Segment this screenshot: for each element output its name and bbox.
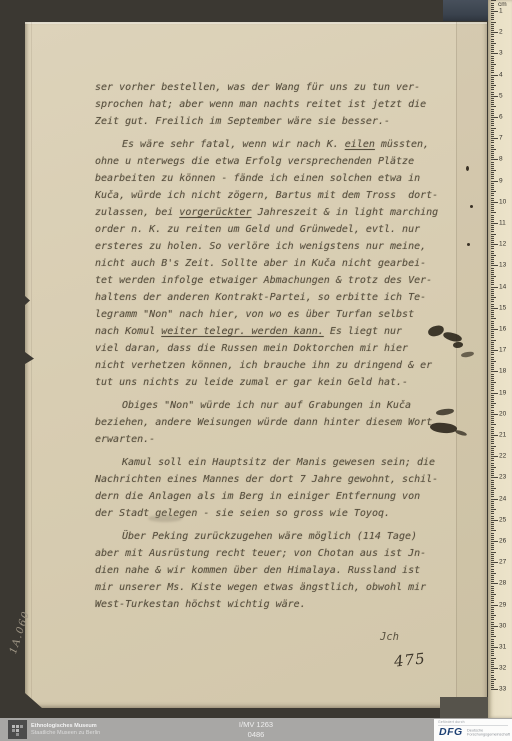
ruler-tick [491, 219, 494, 220]
ruler-tick [491, 9, 494, 10]
ruler-tick [491, 677, 494, 678]
ruler-tick [491, 115, 494, 116]
ruler-tick [491, 384, 494, 385]
letter-line: aber mit Ausrüstung recht teuer; von Cho… [95, 545, 445, 562]
ruler-tick [491, 111, 494, 112]
ruler-tick [491, 429, 494, 430]
ruler-tick [491, 441, 494, 442]
ruler-tick [491, 615, 496, 616]
ruler-tick [491, 511, 494, 512]
ruler-tick [491, 484, 494, 485]
ruler-tick [491, 248, 494, 249]
backing-board-corner [440, 697, 488, 718]
ruler-tick [491, 552, 496, 553]
letter-line: haltens der anderen Kontrakt-Partei, so … [95, 289, 445, 306]
ruler-tick [491, 166, 494, 167]
ruler-tick [491, 164, 494, 165]
ruler-tick [491, 306, 494, 307]
ruler-tick [491, 662, 494, 663]
ruler-tick [491, 545, 494, 546]
ruler-tick [491, 647, 498, 648]
ruler-tick [491, 418, 494, 419]
ruler-tick [491, 575, 494, 576]
letter-line: bearbeiten zu können - fände ich einen s… [95, 170, 445, 187]
ruler-tick [491, 231, 494, 232]
ruler-tick [491, 187, 494, 188]
ruler-tick [491, 577, 494, 578]
ruler-tick [491, 321, 494, 322]
ruler-tick [491, 643, 494, 644]
ruler-tick [491, 668, 498, 669]
ruler-tick [491, 456, 498, 457]
ruler-tick [491, 352, 494, 353]
ruler-tick [491, 331, 494, 332]
ruler-tick [491, 240, 494, 241]
ruler-tick [491, 556, 494, 557]
ruler-tick [491, 439, 494, 440]
ruler-tick [491, 596, 494, 597]
ruler-tick [491, 630, 494, 631]
ruler-tick [491, 458, 494, 459]
ruler-tick [491, 68, 494, 69]
ruler-tick [491, 244, 498, 245]
ruler-tick [491, 77, 494, 78]
ruler-tick [491, 75, 498, 76]
ruler-number: 1 [499, 8, 503, 15]
ruler-tick [491, 132, 494, 133]
ruler-tick [491, 89, 494, 90]
ruler-tick [491, 98, 494, 99]
ruler-tick [491, 420, 494, 421]
ruler-tick [491, 558, 494, 559]
letter-line: Kamul soll ein Hauptsitz der Manis gewes… [95, 454, 445, 471]
ruler-tick [491, 687, 494, 688]
ruler-tick [491, 509, 496, 510]
ruler-tick [491, 590, 494, 591]
ruler-number: 13 [499, 262, 506, 269]
ruler-tick [491, 431, 494, 432]
ruler-tick [491, 390, 494, 391]
letter-paragraph: Es wäre sehr fatal, wenn wir nach K. eil… [95, 136, 445, 391]
paper-left-edge-line [31, 22, 32, 708]
ruler-tick [491, 39, 494, 40]
ruler-number: 27 [499, 559, 506, 566]
ruler-tick [491, 443, 494, 444]
ruler-tick [491, 140, 494, 141]
letter-line: erwarten.- [95, 431, 445, 448]
ruler-tick [491, 660, 494, 661]
ruler-tick [491, 183, 494, 184]
ruler-number: 7 [499, 135, 503, 142]
ruler-tick [491, 41, 494, 42]
ruler-tick [491, 7, 494, 8]
ruler-tick [491, 469, 494, 470]
ruler-tick [491, 284, 494, 285]
ruler-tick [491, 388, 494, 389]
letter-line: nicht verhetzen können, ich brauche ihn … [95, 357, 445, 374]
ruler-tick [491, 327, 494, 328]
ruler-tick [491, 600, 494, 601]
ruler-tick [491, 159, 498, 160]
ruler-number: 19 [499, 389, 506, 396]
ruler-tick [491, 153, 494, 154]
ruler-tick [491, 70, 494, 71]
ruler-tick [491, 634, 494, 635]
ruler-tick [491, 299, 494, 300]
ruler-tick [491, 365, 494, 366]
ruler-tick [491, 134, 494, 135]
ruler-tick [491, 649, 494, 650]
ruler-tick [491, 83, 494, 84]
ruler-tick [491, 622, 494, 623]
ruler-tick [491, 178, 494, 179]
letter-line: der Stadt gelegen - sie seien so gross w… [95, 505, 445, 522]
ruler-tick [491, 272, 494, 273]
ruler-tick [491, 658, 496, 659]
ruler-tick [491, 337, 494, 338]
ruler-tick [491, 624, 494, 625]
ruler-number: 14 [499, 283, 506, 290]
letter-text: ser vorher bestellen, was der Wang für u… [95, 79, 445, 613]
ruler-tick [491, 28, 494, 29]
ruler-tick [491, 246, 494, 247]
ruler-tick [491, 382, 496, 383]
ruler-tick [491, 632, 494, 633]
ruler-number: 22 [499, 453, 506, 460]
ruler-tick [491, 162, 494, 163]
ruler-tick [491, 342, 494, 343]
ruler-tick [491, 174, 494, 175]
ruler-tick [491, 217, 494, 218]
ruler-tick [491, 594, 496, 595]
ruler-tick [491, 30, 494, 31]
ruler-tick [491, 528, 494, 529]
ruler-tick [491, 323, 494, 324]
ruler-tick [491, 22, 496, 23]
ruler-tick [491, 583, 498, 584]
ruler-tick [491, 19, 494, 20]
ruler-tick [491, 571, 494, 572]
dfg-funded-by-label: Gefördert durch [438, 720, 465, 724]
ruler-tick [491, 609, 494, 610]
handwritten-page-number: 475 [393, 649, 426, 670]
ruler-tick [491, 32, 498, 33]
letter-line: Kuča, würde ich nicht zögern, Bartus mit… [95, 187, 445, 204]
ruler-tick [491, 524, 494, 525]
ruler-tick [491, 499, 498, 500]
ruler-tick [491, 308, 498, 309]
ruler-tick [491, 176, 494, 177]
ruler-tick [491, 427, 494, 428]
letter-paragraph: ser vorher bestellen, was der Wang für u… [95, 79, 445, 130]
ruler-tick [491, 325, 494, 326]
ruler-tick [491, 215, 494, 216]
ruler-number: 9 [499, 177, 503, 184]
ruler-tick [491, 263, 494, 264]
ruler-tick [491, 386, 494, 387]
ruler-tick [491, 225, 494, 226]
ruler-tick [491, 520, 498, 521]
ruler-tick [491, 393, 498, 394]
ruler-tick [491, 354, 494, 355]
ruler-tick [491, 492, 494, 493]
letter-line: beziehen, andere Weisungen würde dann hi… [95, 414, 445, 431]
ruler-tick [491, 463, 494, 464]
ruler-tick [491, 480, 494, 481]
ruler-tick [491, 639, 494, 640]
ruler-tick [491, 554, 494, 555]
ruler-tick [491, 598, 494, 599]
ruler-tick [491, 501, 494, 502]
ruler-number: 2 [499, 29, 503, 36]
ruler-tick [491, 301, 494, 302]
ruler-number: 20 [499, 410, 506, 417]
ruler-tick [491, 626, 498, 627]
ruler-tick [491, 72, 494, 73]
ruler-tick [491, 304, 494, 305]
ruler-tick [491, 340, 496, 341]
ruler-number: 18 [499, 368, 506, 375]
ruler-tick [491, 257, 494, 258]
ruler-tick [491, 399, 494, 400]
ruler-number: 16 [499, 326, 506, 333]
ruler-tick [491, 206, 494, 207]
ruler-tick [491, 13, 494, 14]
ruler-tick [491, 151, 494, 152]
ruler-tick [491, 513, 494, 514]
ruler-tick [491, 26, 494, 27]
ruler-tick [491, 395, 494, 396]
ruler-tick [491, 560, 494, 561]
ruler-number: 23 [499, 474, 506, 481]
ruler-tick [491, 602, 494, 603]
dfg-logo: DFG [439, 726, 463, 738]
ruler-tick [491, 681, 494, 682]
ruler-tick [491, 125, 494, 126]
ruler-tick [491, 651, 494, 652]
paper-right-strip [457, 22, 487, 708]
ruler-number: 15 [499, 304, 506, 311]
ruler-tick [491, 473, 494, 474]
ruler-tick [491, 295, 494, 296]
ruler-number: 5 [499, 92, 503, 99]
letter-line: mir unserer Ms. Kiste wegen etwas ängstl… [95, 579, 445, 596]
ruler-tick [491, 121, 494, 122]
ruler-tick [491, 507, 494, 508]
ruler-tick [491, 191, 496, 192]
ruler-tick [491, 287, 498, 288]
ruler-tick [491, 460, 494, 461]
ruler-number: 10 [499, 198, 506, 205]
ruler-tick [491, 297, 496, 298]
ruler-tick [491, 376, 494, 377]
ruler-tick [491, 43, 496, 44]
ruler-tick [491, 60, 494, 61]
ruler-tick [491, 113, 494, 114]
ruler-tick [491, 280, 494, 281]
ruler-tick [491, 530, 496, 531]
letter-line: sprochen hat; aber wenn man nachts reite… [95, 96, 445, 113]
letter-line: ersteres zu holen. So verlöre ich wenigs… [95, 238, 445, 255]
ruler-tick [491, 11, 498, 12]
ruler-tick [491, 619, 494, 620]
ruler-tick [491, 482, 494, 483]
ruler-tick [491, 405, 494, 406]
ruler-tick [491, 291, 494, 292]
ruler-tick [491, 242, 494, 243]
ruler-tick [491, 683, 494, 684]
letter-paragraph: Obiges "Non" würde ich nur auf Grabungen… [95, 397, 445, 448]
ruler-tick [491, 566, 494, 567]
ruler-tick [491, 359, 494, 360]
ruler-tick [491, 533, 494, 534]
ruler-tick [491, 414, 498, 415]
ruler-tick [491, 0, 496, 1]
ruler-number: 24 [499, 495, 506, 502]
letter-line: Nachrichten eines Mannes der dort 7 Jahr… [95, 471, 445, 488]
letter-line: legramm "Non" nach hier, von wo es über … [95, 306, 445, 323]
ruler-number: 26 [499, 538, 506, 545]
ruler-tick [491, 261, 494, 262]
ruler-tick [491, 51, 494, 52]
ruler-tick [491, 49, 494, 50]
ruler-tick [491, 147, 494, 148]
ruler-tick [491, 212, 496, 213]
letter-paragraph: Über Peking zurückzugehen wäre möglich (… [95, 528, 445, 613]
ruler-tick [491, 276, 496, 277]
ruler-tick [491, 592, 494, 593]
ruler-tick [491, 410, 494, 411]
ruler-number: 32 [499, 665, 506, 672]
ruler-tick [491, 416, 494, 417]
letter-signature: Jch [380, 631, 399, 643]
ruler-tick [491, 198, 494, 199]
ruler-tick [491, 221, 494, 222]
ruler-tick [491, 208, 494, 209]
ruler-tick [491, 617, 494, 618]
ruler-tick [491, 168, 494, 169]
ruler-tick [491, 653, 494, 654]
ruler-tick [491, 471, 494, 472]
ink-speck [467, 243, 470, 246]
ruler-tick [491, 586, 494, 587]
ruler-number: 33 [499, 686, 506, 693]
ruler-tick [491, 573, 496, 574]
ruler-tick [491, 56, 494, 57]
ruler-tick [491, 475, 494, 476]
ruler-tick [491, 138, 498, 139]
ruler-tick [491, 278, 494, 279]
letter-line: ser vorher bestellen, was der Wang für u… [95, 79, 445, 96]
ruler-tick [491, 202, 498, 203]
ruler-tick [491, 316, 494, 317]
ruler-tick [491, 477, 498, 478]
ruler-tick [491, 253, 494, 254]
ruler-tick [491, 607, 494, 608]
pencil-smudge [148, 515, 182, 522]
ruler-tick [491, 401, 494, 402]
ruler-tick [491, 102, 494, 103]
ruler-tick [491, 92, 494, 93]
ruler-tick [491, 119, 494, 120]
ruler-tick [491, 357, 494, 358]
ruler-tick [491, 679, 496, 680]
ruler-tick [491, 289, 494, 290]
ruler-tick [491, 100, 494, 101]
ruler-tick [491, 526, 494, 527]
ruler-tick [491, 238, 494, 239]
ruler-tick [491, 516, 494, 517]
ruler-number: 6 [499, 114, 503, 121]
ruler-tick [491, 204, 494, 205]
ruler-tick [491, 17, 494, 18]
ruler-tick [491, 664, 494, 665]
ruler-tick [491, 270, 494, 271]
ruler-number: 4 [499, 71, 503, 78]
ruler-tick [491, 259, 494, 260]
ruler-tick [491, 34, 494, 35]
ruler-tick [491, 346, 494, 347]
ruler-tick [491, 363, 494, 364]
ruler-tick [491, 274, 494, 275]
letter-line: viel daran, dass die Russen mein Doktorc… [95, 340, 445, 357]
ruler-tick [491, 64, 496, 65]
ruler-tick [491, 45, 494, 46]
ruler-tick [491, 611, 494, 612]
ruler-tick [491, 350, 498, 351]
ruler-tick [491, 24, 494, 25]
ruler-tick [491, 581, 494, 582]
ruler-tick [491, 685, 494, 686]
ruler-tick [491, 549, 494, 550]
ruler-number: 11 [499, 220, 506, 227]
ruler-tick [491, 223, 498, 224]
ruler-tick [491, 505, 494, 506]
letter-line: dern die Anlagen als im Berg in einiger … [95, 488, 445, 505]
ruler-tick [491, 15, 494, 16]
ruler-tick [491, 503, 494, 504]
ruler-tick [491, 641, 494, 642]
ruler-tick [491, 496, 494, 497]
page-weight-clip [443, 0, 490, 21]
ruler-tick [491, 407, 494, 408]
ruler-tick [491, 155, 494, 156]
ruler-tick [491, 494, 494, 495]
ruler-tick [491, 157, 494, 158]
ruler-tick [491, 85, 496, 86]
ruler-tick-cm [491, 689, 498, 690]
ruler-tick [491, 636, 496, 637]
ruler-tick [491, 541, 498, 542]
letter-line: Es wäre sehr fatal, wenn wir nach K. eil… [95, 136, 445, 153]
ruler-tick [491, 210, 494, 211]
ruler-tick [491, 344, 494, 345]
ruler-tick [491, 58, 494, 59]
ruler-tick [491, 579, 494, 580]
letter-line: ohne u nterwegs die etwa Erfolg versprec… [95, 153, 445, 170]
ruler-tick [491, 128, 496, 129]
ruler-tick [491, 96, 498, 97]
letter-line: zulassen, bei vorgerückter Jahreszeit & … [95, 204, 445, 221]
ruler-tick [491, 333, 494, 334]
ruler-tick [491, 465, 494, 466]
ruler-tick [491, 467, 496, 468]
ruler-tick [491, 193, 494, 194]
ruler-tick [491, 3, 494, 4]
ruler-tick [491, 666, 494, 667]
ruler-tick [491, 255, 496, 256]
ruler-tick [491, 227, 494, 228]
